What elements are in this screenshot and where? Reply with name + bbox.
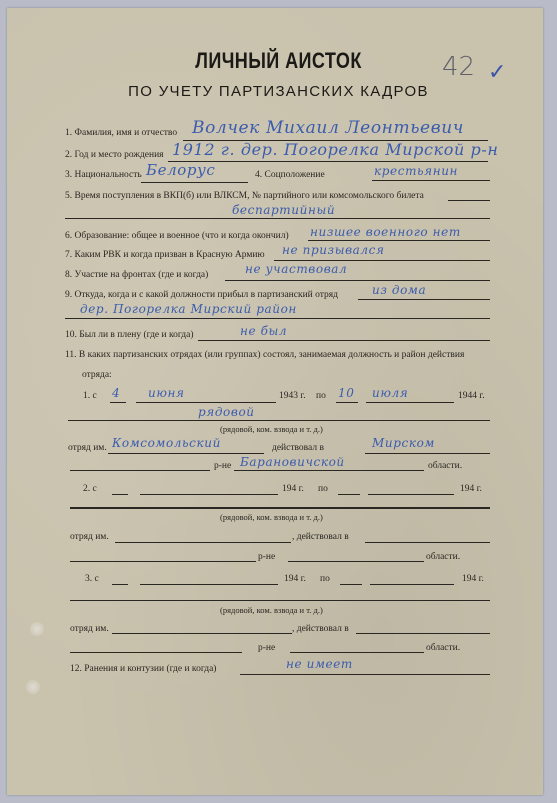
field-value-arrival: из дома <box>372 283 426 297</box>
service-3-acted-label: , действовал в <box>292 624 349 634</box>
service-3-region-suffix: области. <box>426 643 460 653</box>
service-2-to-label: по <box>318 484 328 494</box>
service-3-unit-label: отряд им. <box>70 624 109 634</box>
service-2-index: 2. с <box>83 484 97 494</box>
service-3-to-year: 194 г. <box>462 574 484 584</box>
document-subtitle: ПО УЧЕТУ ПАРТИЗАНСКИХ КАДРОВ <box>0 83 557 100</box>
service-2-district-suffix: р-не <box>258 552 275 562</box>
field-label-party: 5. Время поступления в ВКП(б) или ВЛКСМ,… <box>65 191 424 201</box>
field-value-education: низшее военного нет <box>310 225 461 239</box>
service-3-position-hint: (рядовой, ком. взвода и т. д.) <box>220 605 323 615</box>
service-2-position-hint: (рядовой, ком. взвода и т. д.) <box>220 512 323 522</box>
service-1-acted-label: действовал в <box>272 443 324 453</box>
service-1-to-day: 10 <box>338 386 354 400</box>
service-3-to-label: по <box>320 574 330 584</box>
service-2-to-year: 194 г. <box>460 484 482 494</box>
punch-mark <box>30 622 44 636</box>
checkmark-icon: ✓ <box>488 60 506 85</box>
field-value-social: крестьянин <box>374 164 458 178</box>
service-1-position: рядовой <box>198 405 255 419</box>
service-3-index: 3. с <box>85 574 99 584</box>
service-2-unit-label: отряд им. <box>70 532 109 542</box>
field-value-fronts: не участвовал <box>245 262 347 276</box>
service-1-region: Барановичской <box>240 455 345 469</box>
service-1-from-day: 4 <box>112 386 120 400</box>
field-value-name: Волчек Михаил Леонтьевич <box>192 118 464 138</box>
service-1-position-hint: (рядовой, ком. взвода и т. д.) <box>220 424 323 434</box>
service-2-region-suffix: области. <box>426 552 460 562</box>
field-label-nationality: 3. Национальность <box>65 170 142 180</box>
archive-number-mark: 42 <box>442 52 475 82</box>
field-value-nationality: Белорус <box>146 161 215 179</box>
service-1-to-label: по <box>316 391 326 401</box>
service-1-to-year: 1944 г. <box>458 391 485 401</box>
field-label-wounds: 12. Ранения и контузии (где и когда) <box>70 664 216 674</box>
field-label-education: 6. Образование: общее и военное (что и к… <box>65 231 289 241</box>
field-value-birth: 1912 г. дер. Погорелка Мирской р-н <box>172 140 499 159</box>
service-1-district-suffix: р-не <box>214 461 231 471</box>
service-1-district: Мирском <box>372 436 435 450</box>
field-label-conscription: 7. Каким РВК и когда призван в Красную А… <box>65 250 265 260</box>
service-1-region-suffix: области. <box>428 461 462 471</box>
field-value-captivity: не был <box>240 324 287 338</box>
service-2-from-year: 194 г. <box>282 484 304 494</box>
service-1-from-year: 1943 г. <box>279 391 306 401</box>
field-value-conscription: не призывался <box>282 243 385 257</box>
service-1-unit: Комсомольский <box>112 436 221 450</box>
field-value-wounds: не имеет <box>286 657 353 671</box>
field-value-arrival-place: дер. Погорелка Мирский район <box>80 302 297 316</box>
service-1-from-month: июня <box>148 386 185 400</box>
field-label-units-cont: отряда: <box>82 370 112 380</box>
field-label-captivity: 10. Был ли в плену (где и когда) <box>65 330 194 340</box>
service-1-index: 1. с <box>83 391 97 401</box>
service-3-district-suffix: р-не <box>258 643 275 653</box>
service-2-acted-label: , действовал в <box>292 532 349 542</box>
field-label-name: 1. Фамилия, имя и отчество <box>65 128 177 138</box>
punch-mark <box>26 680 40 694</box>
field-label-social: 4. Соцположение <box>255 170 325 180</box>
service-1-to-month: июля <box>372 386 408 400</box>
field-label-birth: 2. Год и место рождения <box>65 150 164 160</box>
service-1-unit-label: отряд им. <box>68 443 107 453</box>
document-title: ЛИЧНЫЙ АИСТОК <box>50 48 507 74</box>
field-value-party: беспартийный <box>232 203 335 217</box>
field-label-arrival: 9. Откуда, когда и с какой должности при… <box>65 290 338 300</box>
field-label-units: 11. В каких партизанских отрядах (или гр… <box>65 350 464 360</box>
service-3-from-year: 194 г. <box>284 574 306 584</box>
field-label-fronts: 8. Участие на фронтах (где и когда) <box>65 270 208 280</box>
